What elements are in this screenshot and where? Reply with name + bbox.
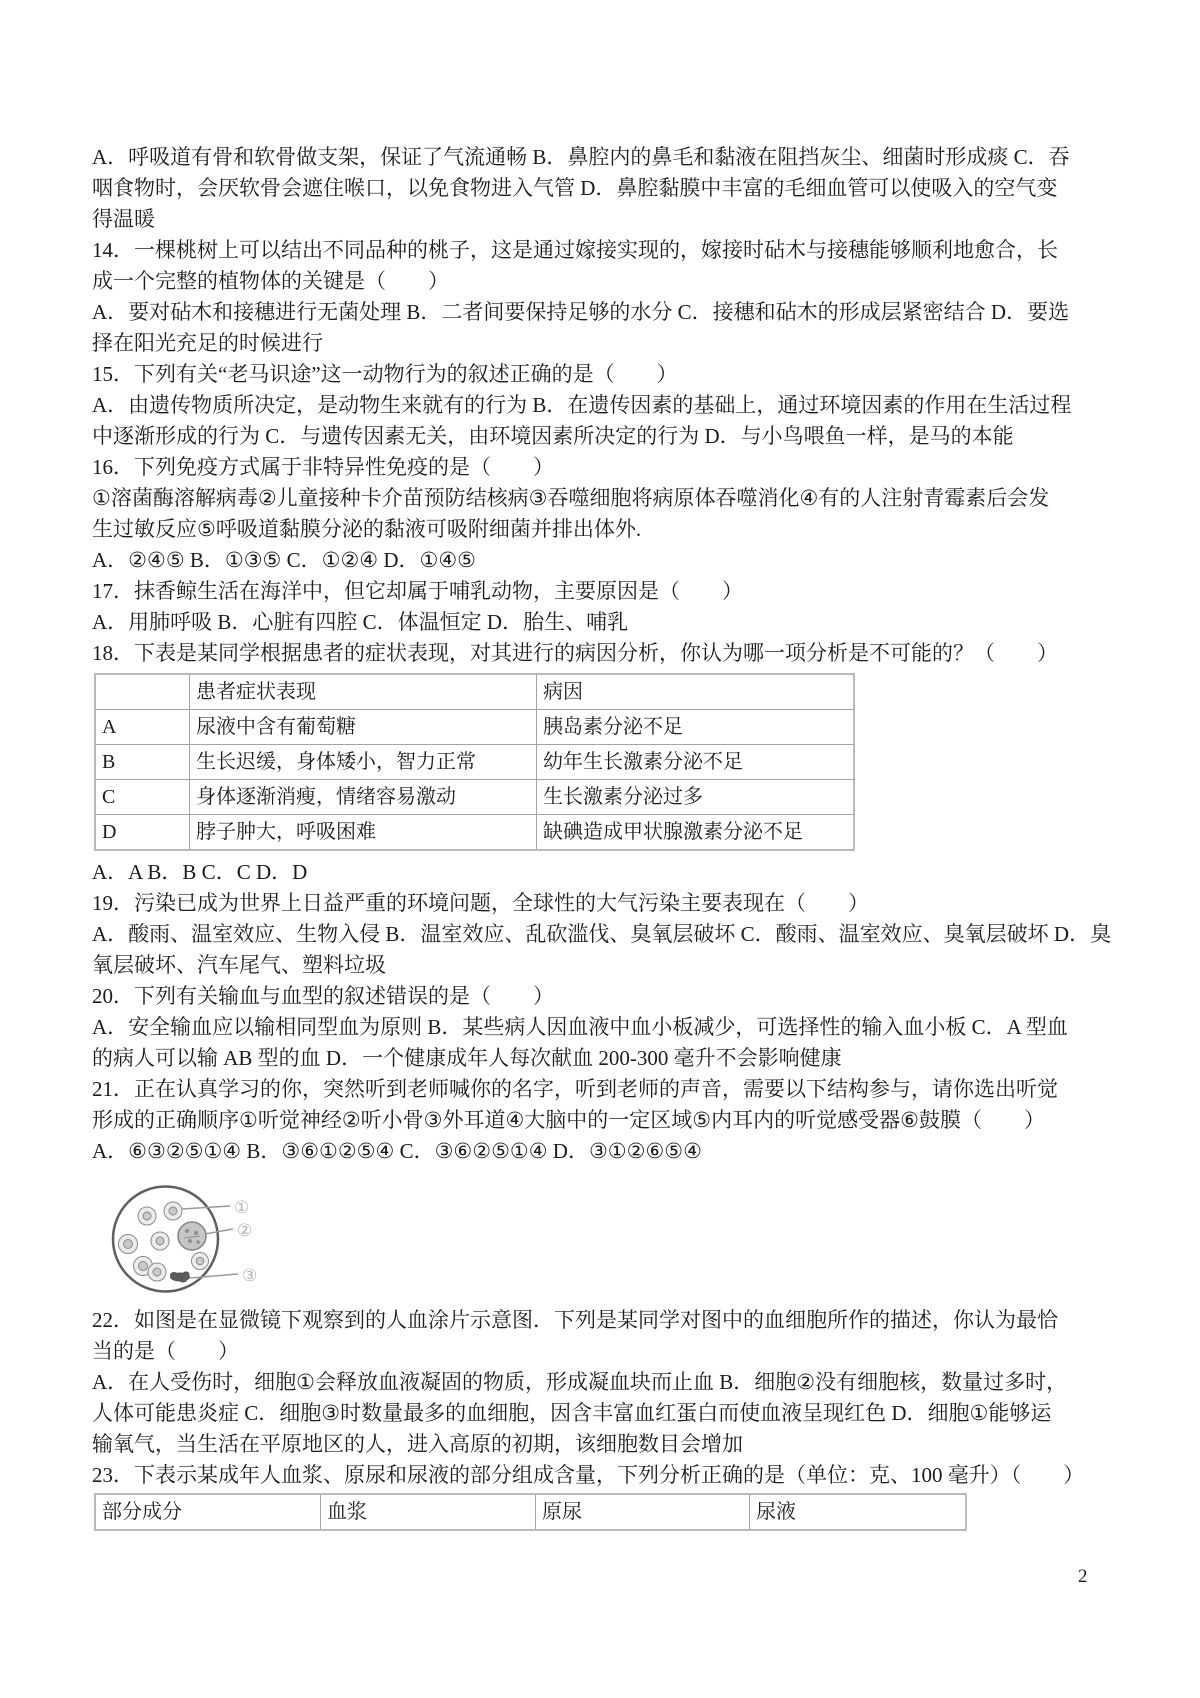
option-line: A．在人受伤时，细胞①会释放血液凝固的物质，形成凝血块而止血 B．细胞②没有细胞… [92, 1367, 1117, 1398]
blood-smear-figure: ① ② ③ [92, 1181, 362, 1299]
table-cell: 患者症状表现 [190, 674, 537, 710]
table-cell: C [95, 780, 190, 815]
question-stem-line: 17．抹香鲸生活在海洋中，但它却属于哺乳动物，主要原因是（ ） [92, 576, 1117, 607]
table-cell: B [95, 745, 190, 780]
table-row: B 生长迟缓，身体矮小，智力正常 幼年生长激素分泌不足 [95, 745, 854, 780]
option-line: A．要对砧木和接穗进行无菌处理 B．二者间要保持足够的水分 C．接穗和砧木的形成… [92, 297, 1117, 328]
question-stem-line: 19．污染已成为世界上日益严重的环境问题，全球性的大气污染主要表现在（ ） [92, 888, 1117, 919]
numbered-item-line: ①溶菌酶溶解病毒②儿童接种卡介苗预防结核病③吞噬细胞将病原体吞噬消化④有的人注射… [92, 483, 1117, 514]
document-page: A．呼吸道有骨和软骨做支架，保证了气流通畅 B．鼻腔内的鼻毛和黏液在阻挡灰尘、细… [0, 0, 1200, 1698]
red-blood-cell [148, 1263, 166, 1281]
question-stem-line: 形成的正确顺序①听觉神经②听小骨③外耳道④大脑中的一定区域⑤内耳内的听觉感受器⑥… [92, 1105, 1117, 1136]
table-header-row: 部分成分 血浆 原尿 尿液 [95, 1494, 966, 1530]
option-line: A．②④⑤ B．①③⑤ C．①②④ D．①④⑤ [92, 545, 1117, 576]
label-line [205, 1229, 233, 1234]
table-cell: 生长激素分泌过多 [537, 780, 855, 815]
table-cell: 病因 [537, 674, 855, 710]
table-header-row: 患者症状表现 病因 [95, 674, 854, 710]
option-line: 氧层破坏、汽车尾气、塑料垃圾 [92, 950, 1117, 981]
table-cell [95, 674, 190, 710]
question-stem-line: 14．一棵桃树上可以结出不同品种的桃子，这是通过嫁接实现的，嫁接时砧木与接穗能够… [92, 235, 1117, 266]
option-line: 得温暖 [92, 204, 1117, 235]
table-cell: 部分成分 [95, 1494, 321, 1530]
question-stem-line: 21．正在认真学习的你，突然听到老师喊你的名字，听到老师的声音，需要以下结构参与… [92, 1074, 1117, 1105]
red-blood-cell [138, 1207, 156, 1225]
red-blood-cell [192, 1253, 209, 1270]
composition-table: 部分成分 血浆 原尿 尿液 [94, 1493, 967, 1531]
option-line: 咽食物时，会厌软骨会遮住喉口，以免食物进入气管 D．鼻腔黏膜中丰富的毛细血管可以… [92, 173, 1117, 204]
numbered-item-line: 生过敏反应⑤呼吸道黏膜分泌的黏液可吸附细菌并排出体外. [92, 514, 1117, 545]
table-row: C 身体逐渐消瘦，情绪容易激动 生长激素分泌过多 [95, 780, 854, 815]
table-cell: A [95, 710, 190, 745]
option-line: 输氧气，当生活在平原地区的人，进入高原的初期，该细胞数目会增加 [92, 1429, 1117, 1460]
question-stem-line: 成一个完整的植物体的关键是（ ） [92, 266, 1117, 297]
figure-label-3: ③ [242, 1266, 257, 1286]
label-line [190, 1274, 238, 1278]
table-cell: 尿液中含有葡萄糖 [190, 710, 537, 745]
table-cell: 缺碘造成甲状腺激素分泌不足 [537, 815, 855, 851]
table-cell: 血浆 [321, 1494, 536, 1530]
option-line: A．A B．B C．C D．D [92, 857, 1117, 888]
table-cell: 原尿 [536, 1494, 750, 1530]
white-blood-cell [178, 1222, 206, 1250]
red-blood-cell [164, 1202, 182, 1220]
table-row: D 脖子肿大，呼吸困难 缺碘造成甲状腺激素分泌不足 [95, 815, 854, 851]
question-stem-line: 18．下表是某同学根据患者的症状表现，对其进行的病因分析，你认为哪一项分析是不可… [92, 638, 1117, 669]
question-stem-line: 23．下表示某成年人血浆、原尿和尿液的部分组成含量，下列分析正确的是（单位：克、… [92, 1460, 1117, 1491]
red-blood-cell [151, 1232, 169, 1250]
option-line: A．由遗传物质所决定，是动物生来就有的行为 B．在遗传因素的基础上，通过环境因素… [92, 390, 1117, 421]
table-row: A 尿液中含有葡萄糖 胰岛素分泌不足 [95, 710, 854, 745]
option-line: A．安全输血应以输相同型血为原则 B．某些病人因血液中血小板减少，可选择性的输入… [92, 1012, 1117, 1043]
question-stem-line: 20．下列有关输血与血型的叙述错误的是（ ） [92, 981, 1117, 1012]
platelet-cluster [170, 1272, 190, 1283]
question-stem-line: 22．如图是在显微镜下观察到的人血涂片示意图．下列是某同学对图中的血细胞所作的描… [92, 1305, 1117, 1336]
red-blood-cell [119, 1235, 138, 1254]
symptom-cause-table: 患者症状表现 病因 A 尿液中含有葡萄糖 胰岛素分泌不足 B 生长迟缓，身体矮小… [94, 673, 855, 851]
option-line: 人体可能患炎症 C．细胞③时数量最多的血细胞，因含丰富血红蛋白而使血液呈现红色 … [92, 1398, 1117, 1429]
exam-text-block: A．呼吸道有骨和软骨做支架，保证了气流通畅 B．鼻腔内的鼻毛和黏液在阻挡灰尘、细… [92, 142, 1117, 1531]
question-stem-line: 15．下列有关“老马识途”这一动物行为的叙述正确的是（ ） [92, 359, 1117, 390]
table-cell: D [95, 815, 190, 851]
table-cell: 尿液 [750, 1494, 967, 1530]
figure-label-2: ② [237, 1221, 252, 1241]
table-cell: 生长迟缓，身体矮小，智力正常 [190, 745, 537, 780]
table-cell: 身体逐渐消瘦，情绪容易激动 [190, 780, 537, 815]
option-line: A．呼吸道有骨和软骨做支架，保证了气流通畅 B．鼻腔内的鼻毛和黏液在阻挡灰尘、细… [92, 142, 1117, 173]
option-line: A．酸雨、温室效应、生物入侵 B．温室效应、乱砍滥伐、臭氧层破坏 C．酸雨、温室… [92, 919, 1117, 950]
option-line: 择在阳光充足的时候进行 [92, 328, 1117, 359]
option-line: A．用肺呼吸 B．心脏有四腔 C．体温恒定 D．胎生、哺乳 [92, 607, 1117, 638]
table-cell: 胰岛素分泌不足 [537, 710, 855, 745]
question-stem-line: 当的是（ ） [92, 1336, 1117, 1367]
table-cell: 脖子肿大，呼吸困难 [190, 815, 537, 851]
page-number: 2 [1078, 1566, 1088, 1588]
table-cell: 幼年生长激素分泌不足 [537, 745, 855, 780]
figure-label-1: ① [234, 1198, 249, 1218]
option-line: A．⑥③②⑤①④ B．③⑥①②⑤④ C．③⑥②⑤①④ D．③①②⑥⑤④ [92, 1136, 1117, 1167]
question-stem-line: 16．下列免疫方式属于非特异性免疫的是（ ） [92, 452, 1117, 483]
option-line: 中逐渐形成的行为 C．与遗传因素无关，由环境因素所决定的行为 D．与小鸟喂鱼一样… [92, 421, 1117, 452]
option-line: 的病人可以输 AB 型的血 D．一个健康成年人每次献血 200-300 毫升不会… [92, 1043, 1117, 1074]
